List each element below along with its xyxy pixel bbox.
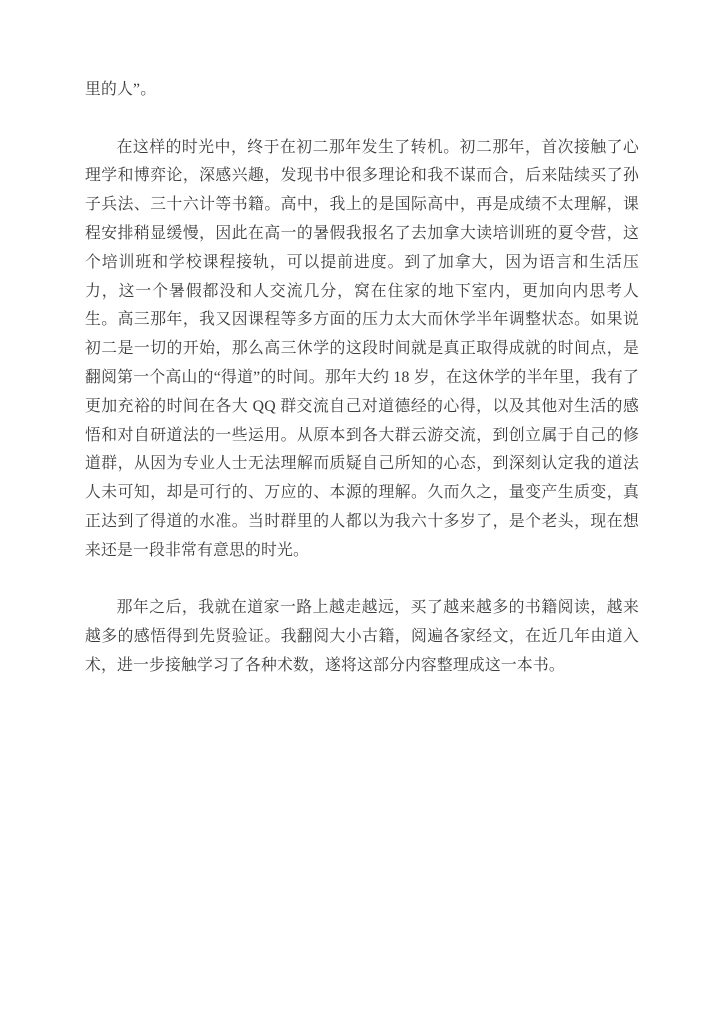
paragraph-continuation: 里的人”。 bbox=[85, 76, 639, 105]
paragraph-body: 那年之后，我就在道家一路上越走越远，买了越来越多的书籍阅读，越来越多的感悟得到先… bbox=[85, 594, 639, 680]
document-page: 里的人”。 在这样的时光中，终于在初二那年发生了转机。初二那年，首次接触了心理学… bbox=[0, 0, 724, 1024]
paragraph-body: 在这样的时光中，终于在初二那年发生了转机。初二那年，首次接触了心理学和博弈论，深… bbox=[85, 134, 639, 566]
document-text-block: 里的人”。 在这样的时光中，终于在初二那年发生了转机。初二那年，首次接触了心理学… bbox=[85, 76, 639, 681]
